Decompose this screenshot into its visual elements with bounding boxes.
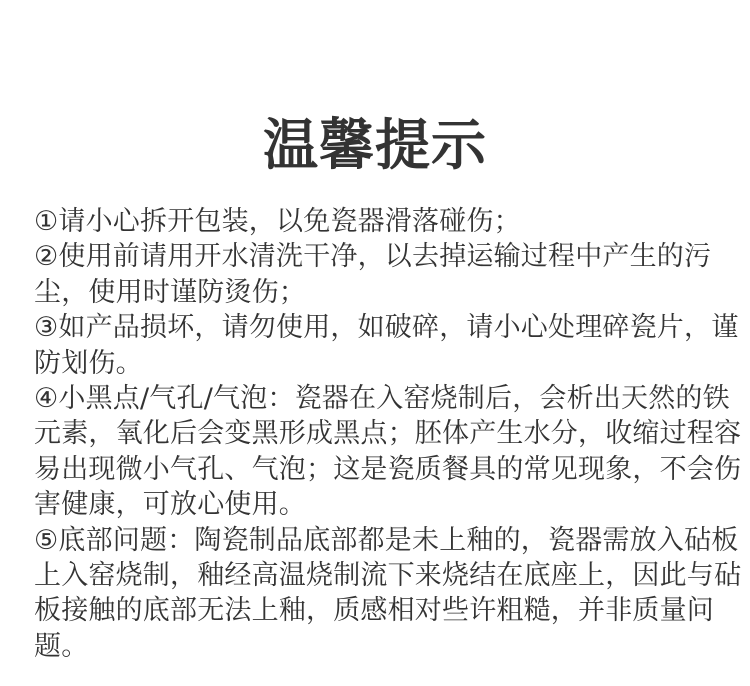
tip-line: ④小黑点/气孔/气泡：瓷器在入窑烧制后，会析出天然的铁 [34,381,716,416]
tip-line: 元素，氧化后会变黑形成黑点；胚体产生水分，收缩过程容 [34,416,716,451]
tips-list: ①请小心拆开包装，以免瓷器滑落碰伤；②使用前请用开水清洗干净，以去掉运输过程中产… [0,204,750,664]
tip-line: ②使用前请用开水清洗干净，以去掉运输过程中产生的污 [34,239,716,274]
warm-tips-page: 温馨提示 ①请小心拆开包装，以免瓷器滑落碰伤；②使用前请用开水清洗干净，以去掉运… [0,0,750,686]
tip-line: 防划伤。 [34,346,716,381]
tip-line: ③如产品损坏，请勿使用，如破碎，请小心处理碎瓷片，谨 [34,310,716,345]
tip-line: ①请小心拆开包装，以免瓷器滑落碰伤； [34,204,716,239]
tip-line: 上入窑烧制，釉经高温烧制流下来烧结在底座上，因此与砧 [34,558,716,593]
page-title: 温馨提示 [0,110,750,180]
tip-line: ⑤底部问题：陶瓷制品底部都是未上釉的，瓷器需放入砧板 [34,523,716,558]
tip-line: 易出现微小气孔、气泡；这是瓷质餐具的常见现象，不会伤 [34,452,716,487]
tip-line: 尘，使用时谨防烫伤； [34,275,716,310]
tip-line: 板接触的底部无法上釉，质感相对些许粗糙，并非质量问 [34,593,716,628]
tip-line: 题。 [34,629,716,664]
tip-line: 害健康，可放心使用。 [34,487,716,522]
